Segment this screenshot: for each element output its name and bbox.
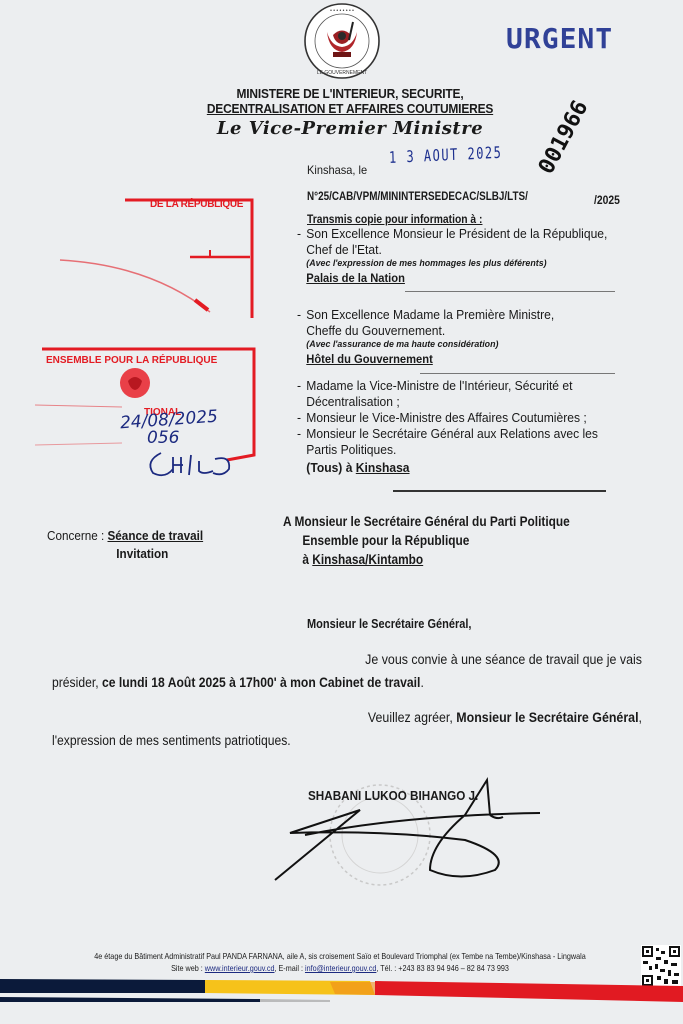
signature-icon	[265, 775, 545, 885]
svg-text:LE GOUVERNEMENT: LE GOUVERNEMENT	[317, 70, 367, 76]
recipient-line: Madame la Vice-Ministre de l'Intérieur, …	[306, 378, 572, 394]
paragraph-text: Veuillez agréer, Monsieur le Secrétaire …	[99, 706, 642, 729]
text-span: présider,	[52, 675, 102, 690]
place-label: Kinshasa, le	[307, 163, 367, 177]
addressee-prefix: à	[302, 552, 312, 567]
handwritten-initials	[143, 447, 238, 482]
copy-recipient: -Son Excellence Madame la Première Minis…	[297, 307, 623, 367]
recipient-note: (Avec l'assurance de ma haute considérat…	[297, 339, 623, 351]
paragraph-text: Je vous convie à une séance de travail q…	[99, 648, 642, 671]
government-emblem-icon: • • • • • • • • LE GOUVERNEMENT	[303, 2, 381, 80]
body-paragraph-2: Veuillez agréer, Monsieur le Secrétaire …	[52, 706, 642, 752]
copies-heading: Transmis copie pour information à :	[307, 212, 482, 226]
footer-address: 4e étage du Bâtiment Administratif Paul …	[79, 951, 601, 961]
text-bold: Monsieur le Secrétaire Général	[456, 710, 638, 725]
others-location: (Tous) à Kinshasa	[297, 460, 623, 476]
svg-text:DE LA RÉPUBLIQUE: DE LA RÉPUBLIQUE	[150, 197, 244, 210]
ministry-name: MINISTERE DE L'INTERIEUR, SECURITE, DECE…	[194, 86, 507, 116]
text-span: ,	[639, 710, 642, 725]
subject-block: Concerne : Séance de travail Invitation	[47, 527, 203, 563]
footer-contacts: Site web : www.interieur.gouv.cd, E-mail…	[79, 963, 601, 973]
subject-subtitle: Invitation	[116, 546, 168, 561]
website-link[interactable]: www.interieur.gouv.cd	[205, 963, 275, 973]
divider	[393, 490, 606, 492]
bullet-dash: -	[297, 226, 306, 242]
svg-text:ENSEMBLE POUR LA RÉPUBLIQUE: ENSEMBLE POUR LA RÉPUBLIQUE	[46, 353, 218, 366]
recipient-line: Chef de l'Etat.	[297, 242, 623, 258]
location-city: Kinshasa	[356, 460, 410, 475]
handwritten-received-number: 056	[147, 428, 179, 448]
text-span: Veuillez agréer,	[368, 710, 456, 725]
recipient-line: Monsieur le Secrétaire Général aux Relat…	[306, 426, 598, 442]
reference-suffix: /2025	[594, 195, 620, 207]
addressee-party: Ensemble pour la République	[283, 531, 570, 550]
subject-label: Concerne :	[47, 528, 104, 543]
paragraph-text: présider, ce lundi 18 Août 2025 à 17h00'…	[52, 671, 583, 694]
copy-recipient: -Son Excellence Monsieur le Président de…	[297, 226, 623, 286]
urgent-stamp: URGENT	[506, 22, 613, 55]
paragraph-text: l'expression de mes sentiments patriotiq…	[52, 729, 583, 752]
svg-text:• • • • • • • •: • • • • • • • •	[330, 8, 354, 14]
recipient-line: Son Excellence Madame la Première Minist…	[306, 307, 554, 323]
divider	[405, 291, 615, 292]
recipient-line: Son Excellence Monsieur le Président de …	[306, 226, 607, 242]
ministry-line-1: MINISTERE DE L'INTERIEUR, SECURITE,	[194, 86, 507, 101]
reception-stamp-partial: DE LA RÉPUBLIQUE	[30, 190, 260, 325]
recipient-location: Palais de la Nation	[297, 270, 623, 286]
ministry-line-2: DECENTRALISATION ET AFFAIRES COUTUMIERES	[194, 101, 507, 116]
recipient-line: Partis Politiques.	[297, 442, 623, 458]
body-paragraph-1: Je vous convie à une séance de travail q…	[52, 648, 642, 694]
recipient-location: Hôtel du Gouvernement	[297, 351, 623, 367]
bullet-dash: -	[297, 307, 306, 323]
addressee-block: A Monsieur le Secrétaire Général du Part…	[283, 512, 570, 569]
subject-title: Séance de travail	[107, 528, 203, 543]
divider	[420, 373, 615, 374]
national-colors-band	[0, 976, 683, 1006]
bullet-dash: -	[297, 426, 306, 442]
phone-numbers: , Tél. : +243 83 83 94 946 – 82 84 73 99…	[376, 963, 509, 973]
letter-page: • • • • • • • • LE GOUVERNEMENT MINISTER…	[0, 0, 683, 1024]
meeting-details: ce lundi 18 Août 2025 à 17h00' à mon Cab…	[102, 675, 420, 690]
reference-prefix: N°25/CAB/VPM/MININTERSEDECAC/SLBJ/LTS/	[307, 191, 528, 203]
addressee-line: A Monsieur le Secrétaire Général du Part…	[283, 512, 570, 531]
reference-number-stamp: 001966	[534, 96, 593, 178]
location-prefix: (Tous) à	[306, 460, 355, 475]
salutation: Monsieur le Secrétaire Général,	[307, 617, 471, 631]
bullet-dash: -	[297, 410, 306, 426]
addressee-location: Kinshasa/Kintambo	[312, 552, 423, 567]
email-label: , E-mail :	[274, 963, 304, 973]
office-title: Le Vice-Premier Ministre	[200, 118, 500, 139]
text-span: .	[420, 675, 423, 690]
recipient-line: Cheffe du Gouvernement.	[297, 323, 623, 339]
date-stamp: 1 3 AOUT 2025	[389, 143, 503, 167]
site-label: Site web :	[171, 963, 205, 973]
other-recipients: -Madame la Vice-Ministre de l'Intérieur,…	[297, 378, 623, 476]
recipient-line: Monsieur le Vice-Ministre des Affaires C…	[306, 410, 586, 426]
recipient-line: Décentralisation ;	[297, 394, 623, 410]
bullet-dash: -	[297, 378, 306, 394]
email-link[interactable]: info@interieur.gouv.cd	[305, 963, 376, 973]
recipient-note: (Avec l'expression de mes hommages les p…	[297, 258, 623, 270]
